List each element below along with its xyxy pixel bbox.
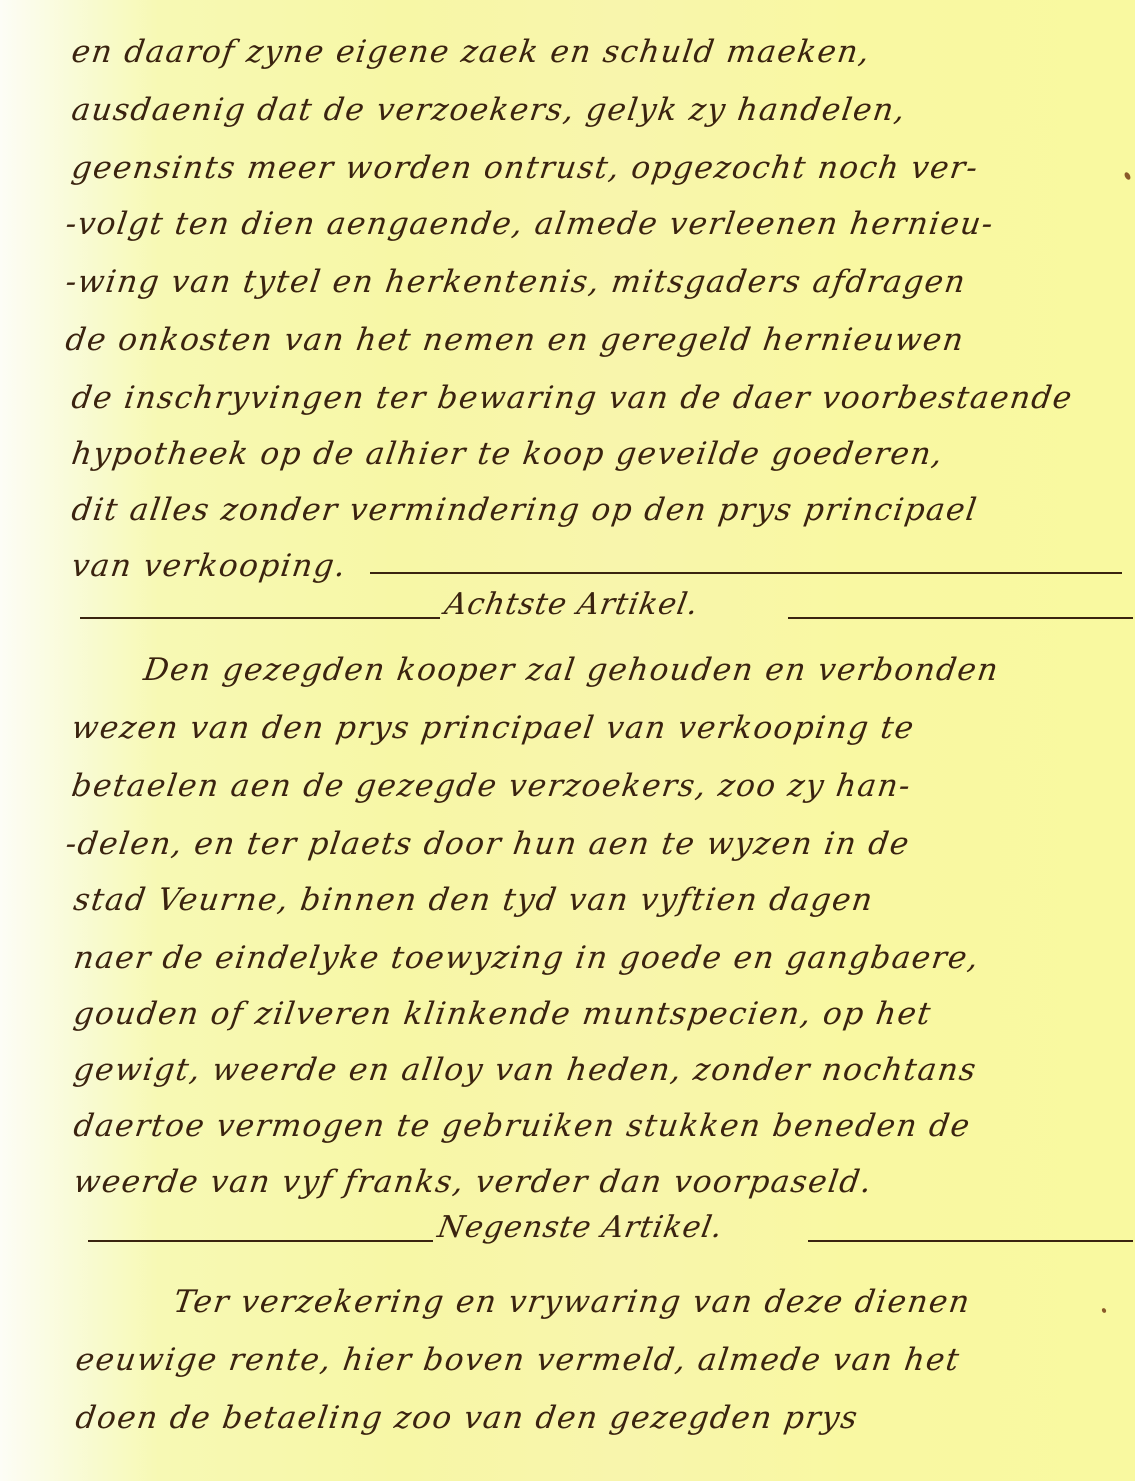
heading-rule-left [88, 1240, 433, 1242]
line-text: Ter verzekering en vrywaring van deze di… [171, 1284, 973, 1320]
text-line: Den gezegden kooper zal gehouden en verb… [0, 636, 1135, 698]
line-text: -delen, en ter plaets door hun aen te wy… [63, 826, 912, 862]
heading-text: Negenste Artikel. [435, 1210, 726, 1245]
text-line: daertoe vermogen te gebruiken stukken be… [0, 1092, 1135, 1154]
line-text: daertoe vermogen te gebruiken stukken be… [71, 1108, 973, 1144]
text-line: -delen, en ter plaets door hun aen te wy… [0, 810, 1135, 872]
line-filler-rule [370, 572, 1122, 574]
text-line: betaelen aen de gezegde verzoekers, zoo … [0, 752, 1135, 814]
line-text: -volgt ten dien aengaende, almede verlee… [63, 206, 996, 242]
text-line: gewigt, weerde en alloy van heden, zonde… [0, 1036, 1135, 1098]
text-line: -volgt ten dien aengaende, almede verlee… [0, 190, 1135, 252]
line-text: naer de eindelyke toewyzing in goede en … [71, 940, 981, 976]
text-line: Ter verzekering en vrywaring van deze di… [0, 1268, 1135, 1330]
text-line: en daarof zyne eigene zaek en schuld mae… [0, 18, 1135, 80]
line-text: geensints meer worden ontrust, opgezocht… [69, 150, 981, 186]
line-text: Den gezegden kooper zal gehouden en verb… [141, 652, 1001, 688]
text-line: ausdaenig dat de verzoekers, gelyk zy ha… [0, 76, 1135, 138]
text-line: dit alles zonder vermindering op den pry… [0, 476, 1135, 538]
text-line: -wing van tytel en herkentenis, mitsgade… [0, 248, 1135, 310]
text-line: de inschryvingen ter bewaring van de dae… [0, 364, 1135, 426]
line-text: gewigt, weerde en alloy van heden, zonde… [71, 1052, 979, 1088]
heading-text: Achtste Artikel. [442, 587, 701, 622]
line-text: stad Veurne, binnen den tyd van vyftien … [71, 882, 876, 918]
text-line: hypotheek op de alhier te koop geveilde … [0, 420, 1135, 482]
heading-rule-right [808, 1240, 1133, 1242]
line-text: de inschryvingen ter bewaring van de dae… [69, 380, 1075, 416]
manuscript-page: en daarof zyne eigene zaek en schuld mae… [0, 0, 1135, 1481]
text-line: gouden of zilveren klinkende muntspecien… [0, 980, 1135, 1042]
text-line: weerde van vyf franks, verder dan voorpa… [0, 1148, 1135, 1210]
line-text: hypotheek op de alhier te koop geveilde … [69, 436, 945, 472]
heading-rule-left [80, 617, 440, 619]
line-text: -wing van tytel en herkentenis, mitsgade… [63, 264, 968, 300]
line-text: wezen van den prys principael van verkoo… [69, 710, 917, 746]
text-line: de onkosten van het nemen en geregeld he… [0, 306, 1135, 368]
line-text: betaelen aen de gezegde verzoekers, zoo … [69, 768, 913, 804]
line-text: doen de betaeling zoo van den gezegden p… [73, 1400, 860, 1436]
text-line: eeuwige rente, hier boven vermeld, almed… [0, 1326, 1135, 1388]
text-line: wezen van den prys principael van verkoo… [0, 694, 1135, 756]
article-9-heading: Negenste Artikel. [0, 1210, 1135, 1260]
line-text: weerde van vyf franks, verder dan voorpa… [71, 1164, 874, 1200]
text-line: geensints meer worden ontrust, opgezocht… [0, 134, 1135, 196]
line-text: gouden of zilveren klinkende muntspecien… [71, 996, 934, 1032]
line-text: de onkosten van het nemen en geregeld he… [63, 322, 967, 358]
line-text: en daarof zyne eigene zaek en schuld mae… [69, 34, 872, 70]
article-8-heading: Achtste Artikel. [0, 585, 1135, 635]
heading-rule-right [788, 617, 1133, 619]
line-text: ausdaenig dat de verzoekers, gelyk zy ha… [69, 92, 908, 128]
text-line: doen de betaeling zoo van den gezegden p… [0, 1384, 1135, 1446]
text-line: naer de eindelyke toewyzing in goede en … [0, 924, 1135, 986]
line-text: van verkooping. [69, 548, 349, 584]
line-text: eeuwige rente, hier boven vermeld, almed… [73, 1342, 962, 1378]
line-text: dit alles zonder vermindering op den pry… [69, 492, 980, 528]
text-line: stad Veurne, binnen den tyd van vyftien … [0, 866, 1135, 928]
